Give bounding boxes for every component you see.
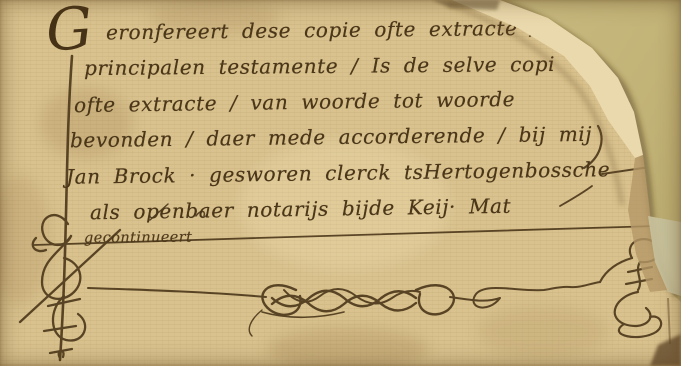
manuscript-line-1: eronfereert dese copie ofte extracte /p	[106, 16, 551, 45]
initial-capital: G	[44, 0, 94, 60]
line6-flick	[560, 186, 592, 206]
initial-descender-stroke	[60, 56, 72, 360]
closing-rule-right	[450, 282, 600, 308]
annotation-word: gecontinueert	[84, 230, 192, 247]
manuscript-photo: G eronfereert dese copie ofte extracte /…	[0, 0, 681, 366]
line3-dash	[612, 96, 660, 104]
right-paraph-flourish	[600, 237, 661, 337]
manuscript-line-2: principalen testamente / Is de selve cop…	[84, 52, 555, 80]
closing-rule-left	[88, 288, 266, 297]
notarial-knot-flourish	[249, 285, 454, 336]
